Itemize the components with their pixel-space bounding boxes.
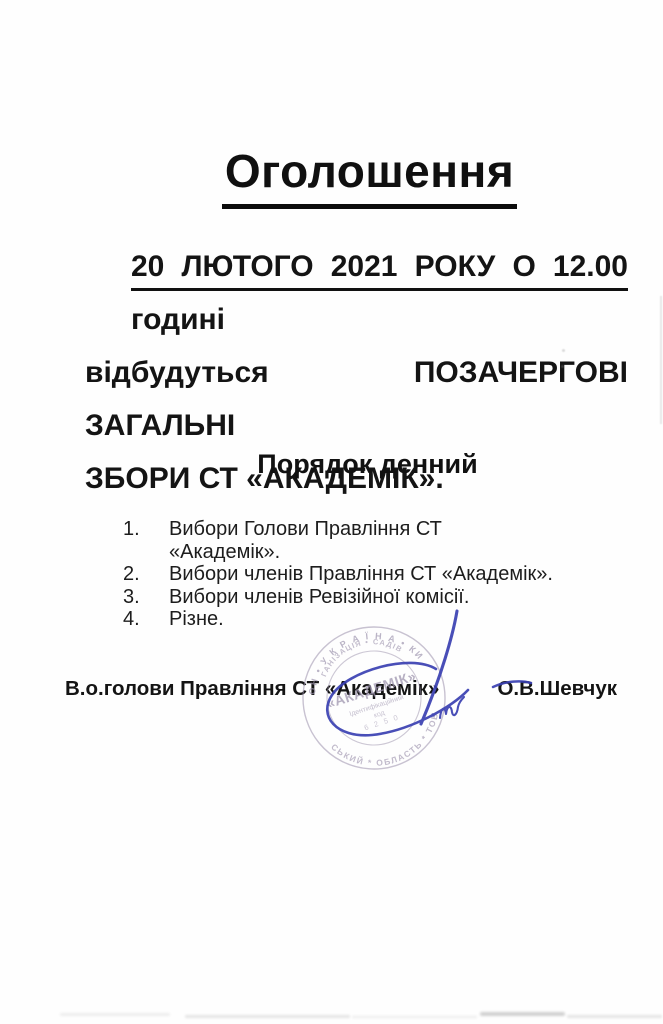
agenda-item-1-text: Вибори Голови Правління СТ «Академік». (169, 518, 553, 563)
agenda-item-2: 2. Вибори членів Правління СТ «Академік»… (123, 563, 553, 586)
agenda-heading: Порядок денний (257, 449, 477, 479)
scan-smudge (480, 1012, 565, 1016)
title-wrap: Оголошення (98, 146, 641, 209)
scanned-announcement-page: Оголошення 20 ЛЮТОГО 2021 РОКУ О 12.00 г… (0, 0, 663, 1024)
agenda-item-4-number: 4. (123, 608, 169, 631)
handwritten-signature (300, 593, 550, 765)
document-title: Оголошення (222, 146, 517, 209)
agenda-item-4-text: Різне. (169, 608, 224, 631)
paragraph-line-1-rest: годині (131, 303, 225, 336)
paragraph-line-2: відбудуться ПОЗАЧЕРГОВІ ЗАГАЛЬНІ (85, 346, 628, 452)
signature-dash (493, 681, 531, 687)
scan-smudge (60, 1013, 170, 1016)
scan-speck (561, 365, 564, 368)
scan-smudge (352, 1016, 477, 1018)
agenda-item-1-number: 1. (123, 518, 169, 563)
scan-speck (562, 349, 565, 352)
date-time-underlined-text: 20 ЛЮТОГО 2021 РОКУ О 12.00 (131, 250, 628, 291)
agenda-heading-wrap: Порядок денний (96, 449, 639, 480)
scan-smudge (185, 1015, 350, 1018)
agenda-item-3-number: 3. (123, 586, 169, 609)
paragraph-line-1: 20 ЛЮТОГО 2021 РОКУ О 12.00 годині (85, 240, 628, 346)
signature-long-stroke (421, 611, 457, 724)
signature-loop-stroke (327, 663, 468, 735)
agenda-item-1: 1. Вибори Голови Правління СТ «Академік»… (123, 518, 553, 563)
scan-edge-artifact (660, 296, 662, 424)
scan-smudge (567, 1015, 662, 1018)
agenda-item-2-text: Вибори членів Правління СТ «Академік». (169, 563, 553, 586)
signature-ink-dot (431, 713, 434, 716)
agenda-item-2-number: 2. (123, 563, 169, 586)
